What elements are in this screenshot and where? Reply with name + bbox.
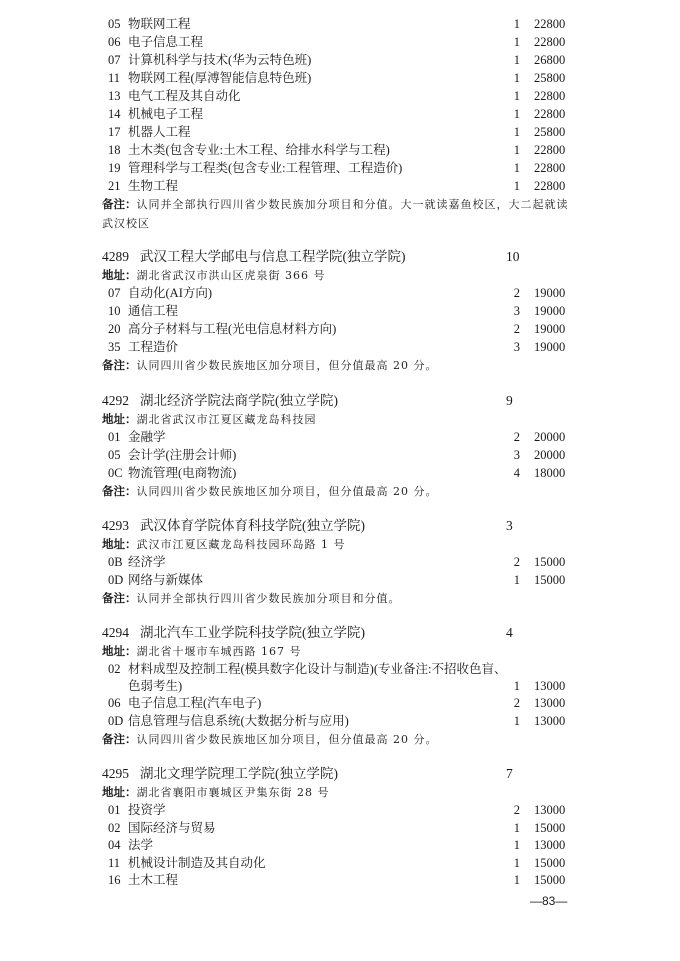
major-count: 2 <box>506 428 520 446</box>
major-fee: 19000 <box>534 338 565 356</box>
school-header: 4294湖北汽车工业学院科技学院(独立学院)4 <box>102 623 572 643</box>
major-fee: 15000 <box>534 553 565 571</box>
major-row: 01投资学213000 <box>102 801 572 819</box>
major-count: 1 <box>506 69 520 87</box>
major-fee: 22800 <box>534 33 565 51</box>
major-name: 信息管理与信息系统(大数据分析与应用) <box>128 712 349 730</box>
major-count: 1 <box>506 712 520 730</box>
major-code: 13 <box>108 87 121 105</box>
school-name: 湖北文理学院理工学院(独立学院) <box>140 764 338 784</box>
note-label: 备注： <box>102 732 137 746</box>
major-row: 35工程造价319000 <box>102 338 572 356</box>
major-count: 1 <box>506 854 520 872</box>
major-name: 网络与新媒体 <box>128 571 203 589</box>
school-id: 4289 <box>102 247 129 267</box>
school-id: 4293 <box>102 516 129 536</box>
major-name: 国际经济与贸易 <box>128 819 216 837</box>
major-row: 07计算机科学与技术(华为云特色班)126800 <box>102 51 572 69</box>
major-name: 机械设计制造及其自动化 <box>128 854 266 872</box>
address-text: 武汉市江夏区藏龙岛科技园环岛路 1 号 <box>137 538 346 551</box>
major-code: 07 <box>108 51 121 69</box>
major-fee: 22800 <box>534 177 565 195</box>
major-row: 01金融学220000 <box>102 428 572 446</box>
address-label: 地址： <box>102 644 137 658</box>
major-count: 2 <box>506 801 520 819</box>
major-fee: 15000 <box>534 854 565 872</box>
major-count: 1 <box>506 87 520 105</box>
major-code: 0D <box>108 712 123 730</box>
school-total: 9 <box>506 391 513 411</box>
major-row: 13电气工程及其自动化122800 <box>102 87 572 105</box>
major-fee: 19000 <box>534 284 565 302</box>
major-row: 06电子信息工程122800 <box>102 33 572 51</box>
address-label: 地址： <box>102 268 137 282</box>
major-name: 通信工程 <box>128 302 178 320</box>
major-name: 投资学 <box>128 801 166 819</box>
school-id: 4295 <box>102 764 129 784</box>
major-name: 自动化(AI方向) <box>128 284 212 302</box>
major-name: 物流管理(电商物流) <box>128 464 236 482</box>
address-label: 地址： <box>102 785 137 799</box>
major-fee: 25800 <box>534 69 565 87</box>
major-row: 18土木类(包含专业:土木工程、给排水科学与工程)122800 <box>102 141 572 159</box>
address-label: 地址： <box>102 412 137 426</box>
major-code: 11 <box>108 854 120 872</box>
major-count: 2 <box>506 694 520 712</box>
major-code: 14 <box>108 105 121 123</box>
major-code: 10 <box>108 302 121 320</box>
major-name: 物联网工程(厚溥智能信息特色班) <box>128 69 311 87</box>
major-code: 01 <box>108 801 121 819</box>
major-name: 材料成型及控制工程(模具数字化设计与制造)(专业备注:不招收色盲、 <box>128 660 506 678</box>
major-row: 14机械电子工程122800 <box>102 105 572 123</box>
major-code: 06 <box>108 33 121 51</box>
major-code: 11 <box>108 69 120 87</box>
school-total: 4 <box>506 623 513 643</box>
major-code: 04 <box>108 836 121 854</box>
school-address: 地址：湖北省武汉市江夏区藏龙岛科技园 <box>102 410 572 428</box>
major-row: 16土木工程115000 <box>102 871 572 889</box>
address-text: 湖北省十堰市车城西路 167 号 <box>137 645 302 658</box>
note-text: 认同四川省少数民族地区加分项目，但分值最高 20 分。 <box>137 359 438 372</box>
major-code: 05 <box>108 446 121 464</box>
major-name: 电气工程及其自动化 <box>128 87 241 105</box>
major-fee: 15000 <box>534 871 565 889</box>
school-name: 武汉体育学院体育科技学院(独立学院) <box>140 516 365 536</box>
major-code: 0B <box>108 553 123 571</box>
school-total: 7 <box>506 764 513 784</box>
major-fee: 18000 <box>534 464 565 482</box>
major-fee: 13000 <box>534 836 565 854</box>
major-name: 经济学 <box>128 553 166 571</box>
school-total: 3 <box>506 516 513 536</box>
school-note: 备注：认同四川省少数民族地区加分项目，但分值最高 20 分。 <box>102 356 572 375</box>
major-name: 生物工程 <box>128 177 178 195</box>
major-fee: 13000 <box>534 694 565 712</box>
major-row: 20高分子材料与工程(光电信息材料方向)219000 <box>102 320 572 338</box>
major-row: 02国际经济与贸易115000 <box>102 819 572 837</box>
major-count: 1 <box>506 33 520 51</box>
major-row: 11机械设计制造及其自动化115000 <box>102 854 572 872</box>
major-name: 物联网工程 <box>128 15 191 33</box>
school-address: 地址：武汉市江夏区藏龙岛科技园环岛路 1 号 <box>102 535 572 553</box>
school-note: 备注：认同四川省少数民族地区加分项目，但分值最高 20 分。 <box>102 730 572 749</box>
major-row: 06电子信息工程(汽车电子)213000 <box>102 694 572 712</box>
note-label: 备注： <box>102 484 137 498</box>
note-text: 认同四川省少数民族地区加分项目，但分值最高 20 分。 <box>137 733 438 746</box>
major-code: 17 <box>108 123 121 141</box>
major-row: 07自动化(AI方向)219000 <box>102 284 572 302</box>
major-name: 机器人工程 <box>128 123 191 141</box>
major-row: 10通信工程319000 <box>102 302 572 320</box>
major-row: 21生物工程122800 <box>102 177 572 195</box>
major-row: 05物联网工程122800 <box>102 15 572 33</box>
address-text: 湖北省武汉市洪山区虎泉街 366 号 <box>137 269 326 282</box>
major-row: 0C物流管理(电商物流)418000 <box>102 464 572 482</box>
major-code: 35 <box>108 338 121 356</box>
major-name: 机械电子工程 <box>128 105 203 123</box>
major-row: 0D信息管理与信息系统(大数据分析与应用)113000 <box>102 712 572 730</box>
school-note: 备注：认同四川省少数民族地区加分项目，但分值最高 20 分。 <box>102 482 572 501</box>
major-name: 计算机科学与技术(华为云特色班) <box>128 51 311 69</box>
major-count: 1 <box>506 159 520 177</box>
document-page: 05物联网工程122800 06电子信息工程122800 07计算机科学与技术(… <box>0 0 680 961</box>
major-code: 02 <box>108 819 121 837</box>
major-count: 1 <box>506 871 520 889</box>
major-count: 1 <box>506 177 520 195</box>
major-fee: 13000 <box>534 677 565 695</box>
major-name: 电子信息工程 <box>128 33 203 51</box>
note-text: 认同并全部执行四川省少数民族加分项目和分值。大一就读嘉鱼校区，大二起就读武汉校区 <box>102 198 569 230</box>
note-label: 备注： <box>102 591 137 605</box>
major-fee: 22800 <box>534 15 565 33</box>
major-name: 金融学 <box>128 428 166 446</box>
major-code: 16 <box>108 871 121 889</box>
major-name: 工程造价 <box>128 338 178 356</box>
major-row: 02材料成型及控制工程(模具数字化设计与制造)(专业备注:不招收色盲、 <box>102 660 572 678</box>
address-text: 湖北省武汉市江夏区藏龙岛科技园 <box>137 413 317 426</box>
major-code: 01 <box>108 428 121 446</box>
school-note: 备注：认同并全部执行四川省少数民族加分项目和分值。大一就读嘉鱼校区，大二起就读武… <box>102 195 572 233</box>
note-label: 备注： <box>102 197 137 211</box>
major-count: 1 <box>506 141 520 159</box>
major-code: 05 <box>108 15 121 33</box>
major-name: 电子信息工程(汽车电子) <box>128 694 261 712</box>
major-fee: 22800 <box>534 141 565 159</box>
major-row: 05会计学(注册会计师)320000 <box>102 446 572 464</box>
school-address: 地址：湖北省武汉市洪山区虎泉街 366 号 <box>102 266 572 284</box>
major-row: 0B经济学215000 <box>102 553 572 571</box>
major-fee: 20000 <box>534 428 565 446</box>
major-fee: 13000 <box>534 712 565 730</box>
major-fee: 22800 <box>534 87 565 105</box>
major-name-continued: 色弱考生) <box>128 677 182 695</box>
major-count: 4 <box>506 464 520 482</box>
major-code: 0D <box>108 571 123 589</box>
note-text: 认同四川省少数民族地区加分项目，但分值最高 20 分。 <box>137 485 438 498</box>
major-fee: 19000 <box>534 320 565 338</box>
major-row: 19管理科学与工程类(包含专业:工程管理、工程造价)122800 <box>102 159 572 177</box>
address-label: 地址： <box>102 537 137 551</box>
major-count: 2 <box>506 553 520 571</box>
school-address: 地址：湖北省襄阳市襄城区尹集东街 28 号 <box>102 783 572 801</box>
major-count: 1 <box>506 836 520 854</box>
school-address: 地址：湖北省十堰市车城西路 167 号 <box>102 642 572 660</box>
school-id: 4292 <box>102 391 129 411</box>
major-count: 3 <box>506 338 520 356</box>
major-fee: 26800 <box>534 51 565 69</box>
major-count: 3 <box>506 302 520 320</box>
major-count: 2 <box>506 320 520 338</box>
school-name: 湖北经济学院法商学院(独立学院) <box>140 391 338 411</box>
major-fee: 25800 <box>534 123 565 141</box>
major-count: 1 <box>506 819 520 837</box>
school-header: 4292湖北经济学院法商学院(独立学院)9 <box>102 391 572 411</box>
major-code: 0C <box>108 464 123 482</box>
major-name: 会计学(注册会计师) <box>128 446 236 464</box>
address-text: 湖北省襄阳市襄城区尹集东街 28 号 <box>137 786 330 799</box>
major-code: 06 <box>108 694 121 712</box>
school-header: 4293武汉体育学院体育科技学院(独立学院)3 <box>102 516 572 536</box>
page-number: —83— <box>530 894 567 908</box>
major-code: 19 <box>108 159 121 177</box>
major-count: 1 <box>506 51 520 69</box>
major-row: 04法学113000 <box>102 836 572 854</box>
major-fee: 20000 <box>534 446 565 464</box>
major-fee: 19000 <box>534 302 565 320</box>
major-count: 1 <box>506 15 520 33</box>
school-header: 4295湖北文理学院理工学院(独立学院)7 <box>102 764 572 784</box>
major-code: 07 <box>108 284 121 302</box>
major-count: 1 <box>506 105 520 123</box>
major-row: 11物联网工程(厚溥智能信息特色班)125800 <box>102 69 572 87</box>
major-count: 1 <box>506 677 520 695</box>
major-name: 管理科学与工程类(包含专业:工程管理、工程造价) <box>128 159 402 177</box>
major-code: 21 <box>108 177 121 195</box>
major-count: 1 <box>506 571 520 589</box>
school-header: 4289武汉工程大学邮电与信息工程学院(独立学院)10 <box>102 247 572 267</box>
major-row: 0D网络与新媒体115000 <box>102 571 572 589</box>
note-label: 备注： <box>102 358 137 372</box>
school-note: 备注：认同并全部执行四川省少数民族加分项目和分值。 <box>102 589 572 608</box>
school-id: 4294 <box>102 623 129 643</box>
major-name: 土木工程 <box>128 871 178 889</box>
school-name: 湖北汽车工业学院科技学院(独立学院) <box>140 623 365 643</box>
school-name: 武汉工程大学邮电与信息工程学院(独立学院) <box>140 247 406 267</box>
major-row-continued: 色弱考生)113000 <box>102 677 572 695</box>
major-count: 3 <box>506 446 520 464</box>
major-row: 17机器人工程125800 <box>102 123 572 141</box>
major-code: 18 <box>108 141 121 159</box>
note-text: 认同并全部执行四川省少数民族加分项目和分值。 <box>137 592 401 605</box>
major-fee: 15000 <box>534 819 565 837</box>
major-fee: 22800 <box>534 105 565 123</box>
major-name: 高分子材料与工程(光电信息材料方向) <box>128 320 336 338</box>
major-count: 2 <box>506 284 520 302</box>
major-code: 20 <box>108 320 121 338</box>
school-total: 10 <box>506 247 520 267</box>
major-name: 土木类(包含专业:土木工程、给排水科学与工程) <box>128 141 390 159</box>
major-name: 法学 <box>128 836 153 854</box>
major-fee: 13000 <box>534 801 565 819</box>
major-count: 1 <box>506 123 520 141</box>
major-code: 02 <box>108 660 121 678</box>
major-fee: 15000 <box>534 571 565 589</box>
major-fee: 22800 <box>534 159 565 177</box>
